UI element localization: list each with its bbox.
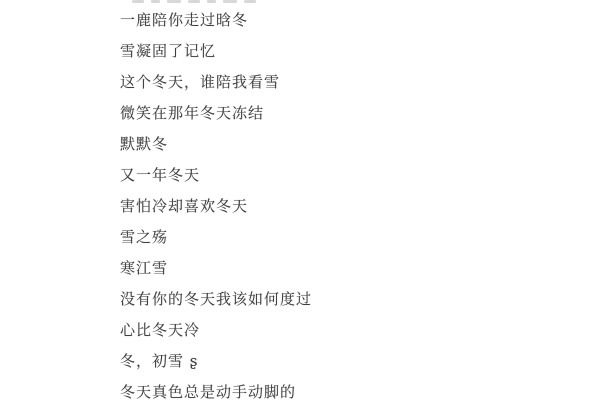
song-title-item[interactable]: 默默冬 [120, 128, 312, 159]
song-title-item[interactable]: 冬天真色总是动手动脚的 [120, 376, 312, 400]
song-title-item[interactable]: 雪凝固了记忆 [120, 35, 312, 66]
song-list-page: 一鹿陪你走过晗冬 雪凝固了记忆 这个冬天，谁陪我看雪 微笑在那年冬天冻结 默默冬… [0, 0, 600, 400]
song-title-item[interactable]: 一鹿陪你走过晗冬 [120, 4, 312, 35]
song-title-item[interactable]: 寒江雪 [120, 252, 312, 283]
song-title-item[interactable]: 这个冬天，谁陪我看雪 [120, 66, 312, 97]
text-fragment [132, 0, 144, 3]
song-title-item[interactable]: 害怕冷却喜欢冬天 [120, 190, 312, 221]
song-title-item[interactable]: 没有你的冬天我该如何度过 [120, 283, 312, 314]
text-fragment [207, 0, 216, 3]
song-title-item[interactable]: 微笑在那年冬天冻结 [120, 97, 312, 128]
text-fragment [167, 0, 181, 3]
song-title-list: 一鹿陪你走过晗冬 雪凝固了记忆 这个冬天，谁陪我看雪 微笑在那年冬天冻结 默默冬… [120, 4, 312, 400]
text-fragment [188, 0, 200, 3]
text-fragment [223, 0, 237, 3]
song-title-item[interactable]: 冬，初雪 ʂ [120, 345, 312, 376]
song-title-item[interactable]: 雪之殇 [120, 221, 312, 252]
song-title-item[interactable]: 心比冬天冷 [120, 314, 312, 345]
text-fragment [151, 0, 160, 3]
song-title-item[interactable]: 又一年冬天 [120, 159, 312, 190]
text-fragment [244, 0, 256, 3]
